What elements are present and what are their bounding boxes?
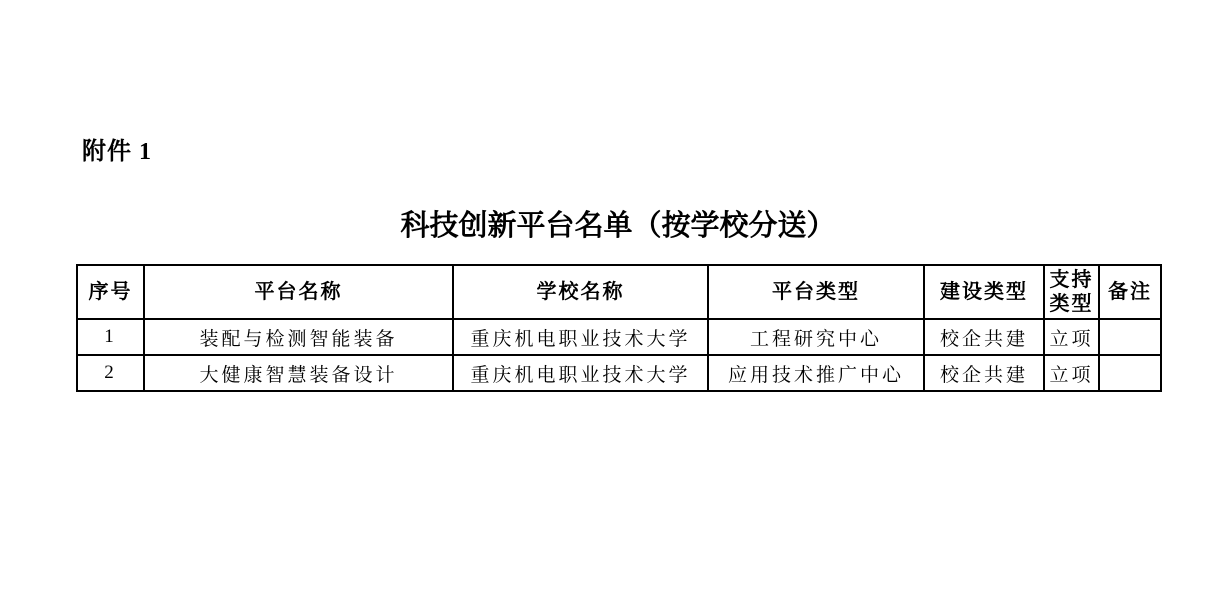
cell-type: 应用技术推广中心 — [708, 355, 924, 391]
attachment-label: 附件 1 — [82, 131, 152, 166]
table-header: 序号 平台名称 学校名称 平台类型 建设类型 支持类型 备注 — [77, 265, 1161, 319]
cell-build: 校企共建 — [924, 319, 1044, 355]
cell-build: 校企共建 — [924, 355, 1044, 391]
cell-school: 重庆机电职业技术大学 — [453, 319, 708, 355]
document-page: 附件 1 科技创新平台名单（按学校分送） 序号 平台名称 学校名称 平台类型 建… — [0, 0, 1219, 600]
header-cell-index: 序号 — [77, 265, 144, 319]
header-cell-platform: 平台名称 — [144, 265, 453, 319]
header-cell-support: 支持类型 — [1044, 265, 1099, 319]
cell-remark — [1099, 319, 1161, 355]
cell-index: 1 — [77, 319, 144, 355]
cell-type: 工程研究中心 — [708, 319, 924, 355]
header-row: 序号 平台名称 学校名称 平台类型 建设类型 支持类型 备注 — [77, 265, 1161, 319]
table-row: 2 大健康智慧装备设计 重庆机电职业技术大学 应用技术推广中心 校企共建 立项 — [77, 355, 1161, 391]
cell-support: 立项 — [1044, 319, 1099, 355]
header-cell-school: 学校名称 — [453, 265, 708, 319]
platform-table: 序号 平台名称 学校名称 平台类型 建设类型 支持类型 备注 1 装配与检测智能… — [76, 264, 1162, 392]
cell-support: 立项 — [1044, 355, 1099, 391]
table-body: 1 装配与检测智能装备 重庆机电职业技术大学 工程研究中心 校企共建 立项 2 … — [77, 319, 1161, 391]
cell-platform: 大健康智慧装备设计 — [144, 355, 453, 391]
cell-remark — [1099, 355, 1161, 391]
cell-school: 重庆机电职业技术大学 — [453, 355, 708, 391]
header-cell-build: 建设类型 — [924, 265, 1044, 319]
cell-index: 2 — [77, 355, 144, 391]
table-row: 1 装配与检测智能装备 重庆机电职业技术大学 工程研究中心 校企共建 立项 — [77, 319, 1161, 355]
header-cell-type: 平台类型 — [708, 265, 924, 319]
cell-platform: 装配与检测智能装备 — [144, 319, 453, 355]
header-cell-remark: 备注 — [1099, 265, 1161, 319]
document-title: 科技创新平台名单（按学校分送） — [76, 203, 1160, 244]
